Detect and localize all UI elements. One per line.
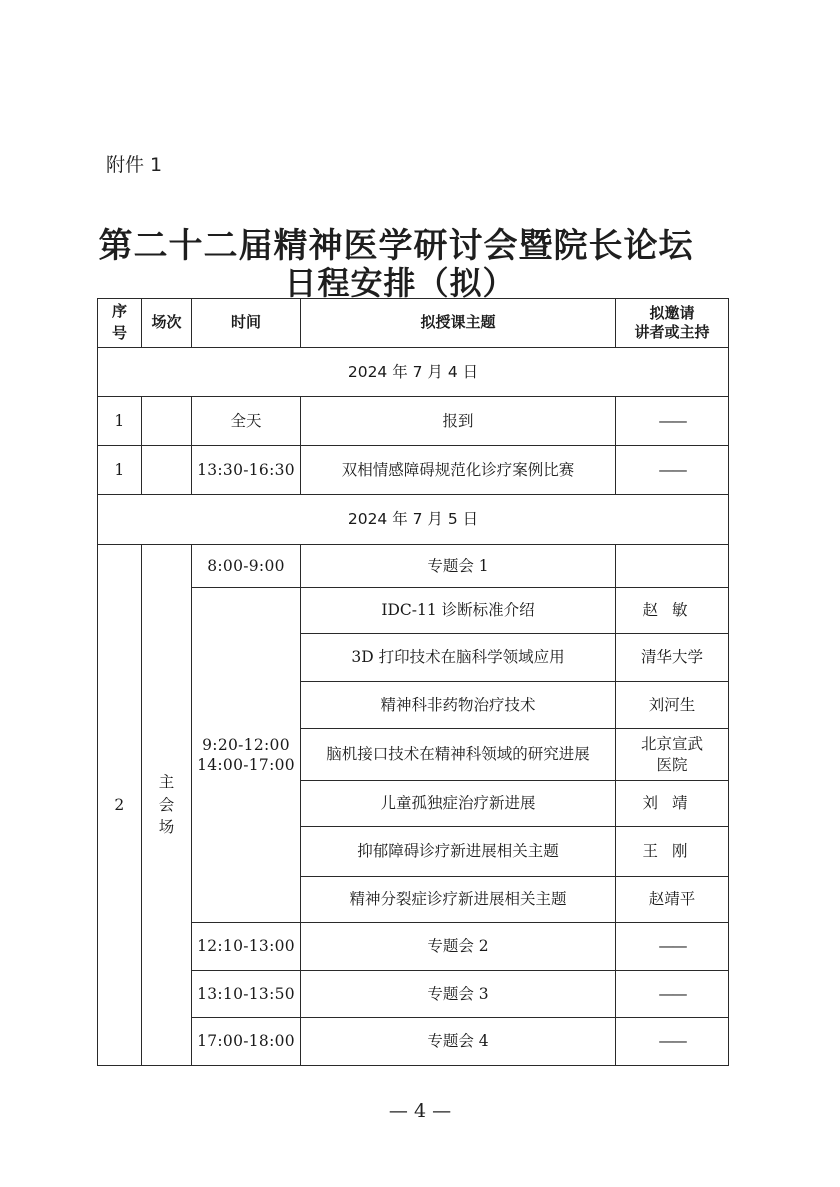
speaker-cell <box>616 545 729 588</box>
seq-cell: 1 <box>98 397 142 446</box>
time-cell: 13:10-13:50 <box>192 971 301 1018</box>
topic-cell: 报到 <box>301 397 616 446</box>
speaker-cell: —— <box>616 446 729 495</box>
speaker-cell: 刘河生 <box>616 682 729 729</box>
table-row: 1 全天 报到 —— <box>98 397 729 446</box>
table-row: 2 主会场 8:00-9:00 专题会 1 <box>98 545 729 588</box>
speaker-cell: —— <box>616 1018 729 1066</box>
topic-cell: 双相情感障碍规范化诊疗案例比赛 <box>301 446 616 495</box>
speaker-cell: 王刚 <box>616 827 729 877</box>
topic-cell: 专题会 3 <box>301 971 616 1018</box>
table-row: 9:20-12:00 14:00-17:00 IDC-11 诊断标准介绍 赵敏 <box>98 588 729 634</box>
speaker-cell: 赵敏 <box>616 588 729 634</box>
topic-cell: 儿童孤独症治疗新进展 <box>301 781 616 827</box>
time-cell: 8:00-9:00 <box>192 545 301 588</box>
speaker-cell: —— <box>616 971 729 1018</box>
speaker-cell: —— <box>616 397 729 446</box>
header-seq: 序号 <box>98 299 142 348</box>
time-cell: 12:10-13:00 <box>192 923 301 971</box>
header-time: 时间 <box>192 299 301 348</box>
session-cell <box>142 446 192 495</box>
speaker-cell: 赵靖平 <box>616 877 729 923</box>
seq-cell: 1 <box>98 446 142 495</box>
topic-cell: 抑郁障碍诊疗新进展相关主题 <box>301 827 616 877</box>
table-row: 17:00-18:00 专题会 4 —— <box>98 1018 729 1066</box>
speaker-cell: —— <box>616 923 729 971</box>
header-speaker: 拟邀请 讲者或主持 <box>616 299 729 348</box>
topic-cell: 专题会 1 <box>301 545 616 588</box>
topic-cell: 3D 打印技术在脑科学领域应用 <box>301 634 616 682</box>
time-cell: 全天 <box>192 397 301 446</box>
topic-cell: IDC-11 诊断标准介绍 <box>301 588 616 634</box>
header-session: 场次 <box>142 299 192 348</box>
attachment-label: 附件 1 <box>106 150 162 177</box>
time-cell: 13:30-16:30 <box>192 446 301 495</box>
table-row: 1 13:30-16:30 双相情感障碍规范化诊疗案例比赛 —— <box>98 446 729 495</box>
speaker-cell: 北京宣武 医院 <box>616 729 729 781</box>
seq-cell: 2 <box>98 545 142 1066</box>
date-row: 2024 年 7 月 5 日 <box>98 495 729 545</box>
date-cell: 2024 年 7 月 4 日 <box>98 348 729 397</box>
table-row: 12:10-13:00 专题会 2 —— <box>98 923 729 971</box>
time-cell: 9:20-12:00 14:00-17:00 <box>192 588 301 923</box>
session-cell: 主会场 <box>142 545 192 1066</box>
schedule-table: 序号 场次 时间 拟授课主题 拟邀请 讲者或主持 2024 年 7 月 4 日 … <box>97 298 729 1066</box>
topic-cell: 脑机接口技术在精神科领域的研究进展 <box>301 729 616 781</box>
topic-cell: 精神分裂症诊疗新进展相关主题 <box>301 877 616 923</box>
time-cell: 17:00-18:00 <box>192 1018 301 1066</box>
session-cell <box>142 397 192 446</box>
speaker-cell: 刘靖 <box>616 781 729 827</box>
page-number: — 4 — <box>0 1100 840 1122</box>
table-row: 13:10-13:50 专题会 3 —— <box>98 971 729 1018</box>
date-row: 2024 年 7 月 4 日 <box>98 348 729 397</box>
header-row: 序号 场次 时间 拟授课主题 拟邀请 讲者或主持 <box>98 299 729 348</box>
topic-cell: 专题会 4 <box>301 1018 616 1066</box>
topic-cell: 精神科非药物治疗技术 <box>301 682 616 729</box>
date-cell: 2024 年 7 月 5 日 <box>98 495 729 545</box>
topic-cell: 专题会 2 <box>301 923 616 971</box>
speaker-cell: 清华大学 <box>616 634 729 682</box>
header-topic: 拟授课主题 <box>301 299 616 348</box>
